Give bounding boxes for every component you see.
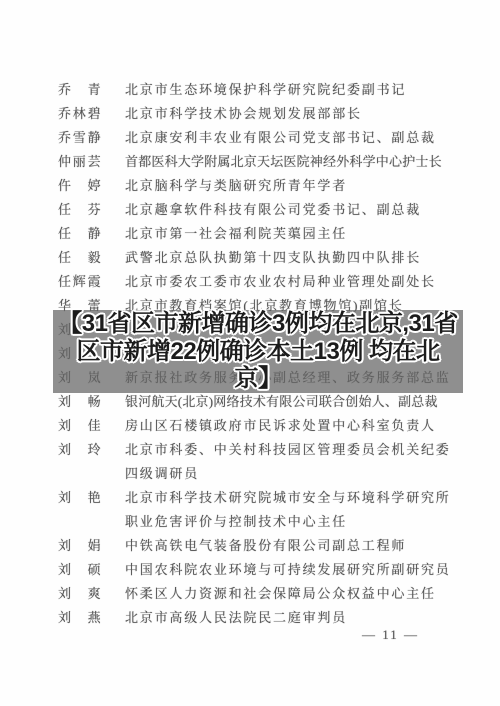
- person-name: 刘 娟: [58, 534, 106, 558]
- roster-row: 任 毅武警北京总队执勤第十四支队执勤四中队排长: [58, 246, 460, 270]
- person-name: 乔林碧: [58, 102, 106, 126]
- roster-row: 刘 娟中铁高铁电气装备股份有限公司副总工程师: [58, 534, 460, 558]
- roster-row: 任 静北京市第一社会福利院芙蕖园主任: [58, 222, 460, 246]
- person-title: 北京市第一社会福利院芙蕖园主任: [125, 222, 459, 246]
- person-title: 中国农科院农业环境与可持续发展研究所副研究员: [125, 558, 459, 582]
- person-title: 武警北京总队执勤第十四支队执勤四中队排长: [125, 246, 459, 270]
- person-name: 刘 艳: [58, 486, 106, 510]
- roster-row: 刘 爽怀柔区人力资源和社会保障局公众权益中心主任: [58, 582, 460, 606]
- roster-row: 任 芬北京趣拿软件科技有限公司党委书记、副总裁: [58, 198, 460, 222]
- person-name: 任 毅: [58, 246, 106, 270]
- person-title: 北京脑科学与类脑研究所青年学者: [125, 174, 459, 198]
- roster-row: 乔雪静北京康安利丰农业有限公司党支部书记、副总裁: [58, 126, 460, 150]
- person-title: 怀柔区人力资源和社会保障局公众权益中心主任: [125, 582, 459, 606]
- person-name: 仵 婷: [58, 174, 106, 198]
- person-title: 北京市委农工委市农业农村局种业管理处副处长: [125, 270, 459, 294]
- headline-overlay: 【31省区市新增确诊3例均在北京,31省 区市新增22例确诊本土13例 均在北 …: [53, 310, 463, 393]
- person-name: 任 静: [58, 222, 106, 246]
- roster-row: 刘 佳房山区石楼镇政府市民诉求处置中心科室负责人: [58, 414, 460, 438]
- person-title: 北京市科委、中关村科技园区管理委员会机关纪委四级调研员: [125, 438, 459, 486]
- roster-row: 刘 硕中国农科院农业环境与可持续发展研究所副研究员: [58, 558, 460, 582]
- person-name: 刘 爽: [58, 582, 106, 606]
- roster-row: 乔 青北京市生态环境保护科学研究院纪委副书记: [58, 78, 460, 102]
- person-name: 刘 玲: [58, 438, 106, 462]
- person-title: 北京市生态环境保护科学研究院纪委副书记: [125, 78, 459, 102]
- roster-row: 仲丽芸首都医科大学附属北京天坛医院神经外科学中心护士长: [58, 150, 460, 174]
- headline-line: 京】: [53, 365, 463, 393]
- person-title: 房山区石楼镇政府市民诉求处置中心科室负责人: [125, 414, 459, 438]
- roster-row: 仵 婷北京脑科学与类脑研究所青年学者: [58, 174, 460, 198]
- person-title: 北京市科学技术协会规划发展部部长: [125, 102, 459, 126]
- roster-row: 任辉霞北京市委农工委市农业农村局种业管理处副处长: [58, 270, 460, 294]
- roster-row: 乔林碧北京市科学技术协会规划发展部部长: [58, 102, 460, 126]
- person-title: 中铁高铁电气装备股份有限公司副总工程师: [125, 534, 459, 558]
- person-name: 刘 燕: [58, 606, 106, 630]
- person-name: 刘 畅: [58, 390, 106, 414]
- person-title: 北京康安利丰农业有限公司党支部书记、副总裁: [125, 126, 459, 150]
- person-name: 仲丽芸: [58, 150, 106, 174]
- roster-row: 刘 玲北京市科委、中关村科技园区管理委员会机关纪委四级调研员: [58, 438, 460, 486]
- person-name: 乔 青: [58, 78, 106, 102]
- person-name: 任 芬: [58, 198, 106, 222]
- roster-row: 刘 畅银河航天(北京)网络技术有限公司联合创始人、副总裁: [58, 390, 460, 414]
- page-number: — 11 —: [362, 627, 419, 643]
- person-name: 任辉霞: [58, 270, 106, 294]
- headline-line: 区市新增22例确诊本土13例 均在北: [53, 338, 463, 366]
- person-title: 北京趣拿软件科技有限公司党委书记、副总裁: [125, 198, 459, 222]
- person-name: 乔雪静: [58, 126, 106, 150]
- person-name: 刘 硕: [58, 558, 106, 582]
- scanned-document-page: 乔 青北京市生态环境保护科学研究院纪委副书记乔林碧北京市科学技术协会规划发展部部…: [0, 0, 500, 706]
- person-title: 银河航天(北京)网络技术有限公司联合创始人、副总裁: [125, 390, 459, 414]
- headline-line: 【31省区市新增确诊3例均在北京,31省: [53, 310, 463, 338]
- person-title: 北京市科学技术研究院城市安全与环境科学研究所职业危害评价与控制技术中心主任: [125, 486, 459, 534]
- roster-row: 刘 艳北京市科学技术研究院城市安全与环境科学研究所职业危害评价与控制技术中心主任: [58, 486, 460, 534]
- person-name: 刘 佳: [58, 414, 106, 438]
- person-title: 首都医科大学附属北京天坛医院神经外科学中心护士长: [125, 150, 459, 174]
